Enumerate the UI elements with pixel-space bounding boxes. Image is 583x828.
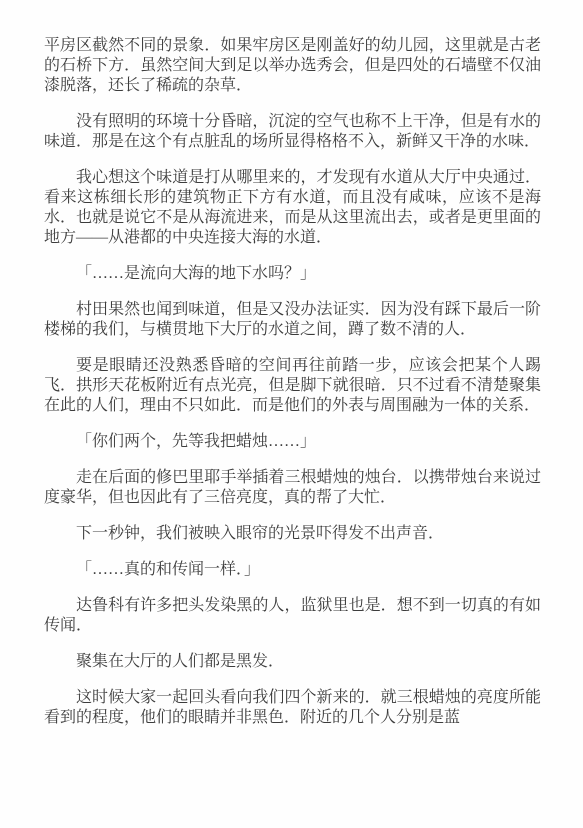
paragraph-4: 「……是流向大海的地下水吗？」 (44, 264, 541, 284)
text-column: 平房区截然不同的景象．如果牢房区是刚盖好的幼儿园，这里就是古老的石桥下方．虽然空… (44, 36, 541, 728)
document-page: 平房区截然不同的景象．如果牢房区是刚盖好的幼儿园，这里就是古老的石桥下方．虽然空… (0, 0, 583, 828)
paragraph-11: 达鲁科有许多把头发染黑的人，监狱里也是．想不到一切真的有如传闻． (44, 596, 541, 636)
paragraph-7: 「你们两个，先等我把蜡烛……」 (44, 432, 541, 452)
paragraph-5: 村田果然也闻到味道，但是又没办法证实．因为没有踩下最后一阶楼梯的我们，与横贯地下… (44, 300, 541, 340)
paragraph-3: 我心想这个味道是打从哪里来的，才发现有水道从大厅中央通过．看来这栋细长形的建筑物… (44, 168, 541, 248)
paragraph-10: 「……真的和传闻一样．」 (44, 560, 541, 580)
paragraph-1: 平房区截然不同的景象．如果牢房区是刚盖好的幼儿园，这里就是古老的石桥下方．虽然空… (44, 36, 541, 96)
paragraph-8: 走在后面的修巴里耶手举插着三根蜡烛的烛台．以携带烛台来说过度豪华，但也因此有了三… (44, 468, 541, 508)
paragraph-12: 聚集在大厅的人们都是黑发． (44, 652, 541, 672)
paragraph-9: 下一秒钟，我们被映入眼帘的光景吓得发不出声音． (44, 524, 541, 544)
paragraph-6: 要是眼睛还没熟悉昏暗的空间再往前踏一步，应该会把某个人踢飞．拱形天花板附近有点光… (44, 356, 541, 416)
paragraph-13: 这时候大家一起回头看向我们四个新来的．就三根蜡烛的亮度所能看到的程度，他们的眼睛… (44, 688, 541, 728)
paragraph-2: 没有照明的环境十分昏暗，沉淀的空气也称不上干净，但是有水的味道．那是在这个有点脏… (44, 112, 541, 152)
